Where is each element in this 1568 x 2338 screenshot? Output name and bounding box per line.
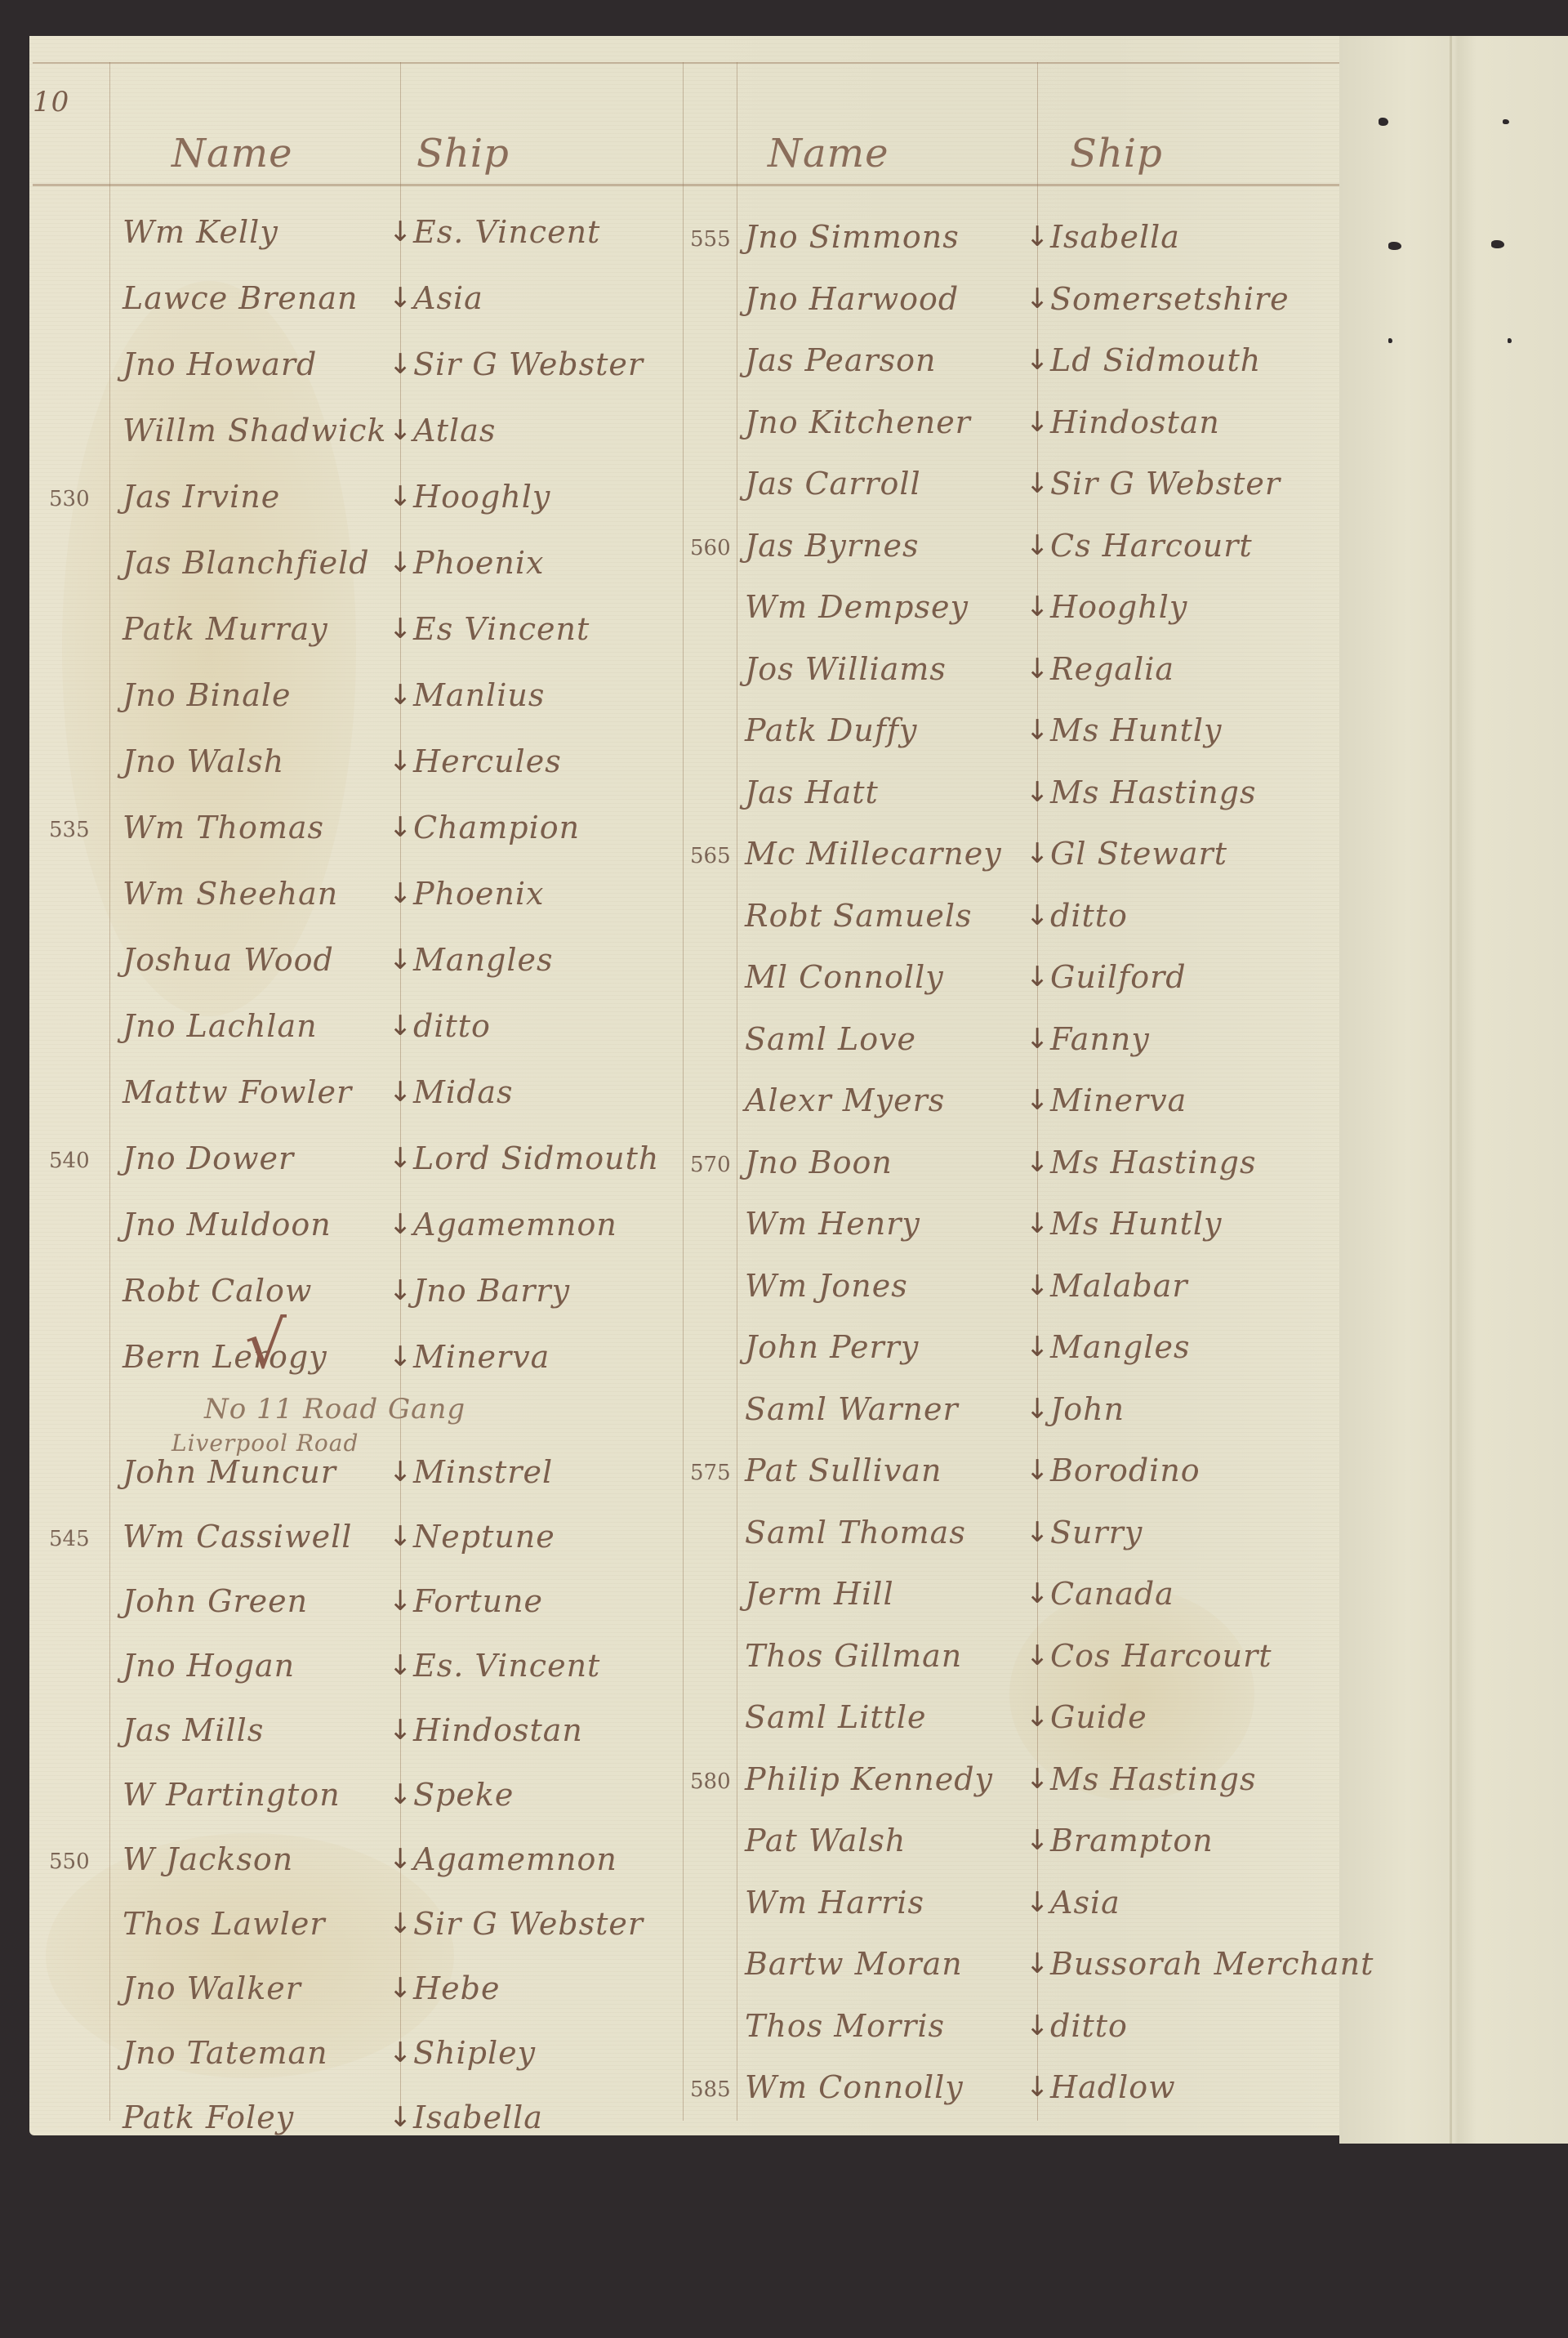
convict-name: Wm Kelly: [122, 214, 278, 250]
tick-mark-icon: ↓: [1026, 406, 1049, 439]
tick-mark-icon: ↓: [389, 2037, 412, 2069]
ship-name: Somersetshire: [1050, 281, 1290, 317]
tick-mark-icon: ↓: [389, 1341, 412, 1373]
binding-hole: [1379, 118, 1388, 126]
tick-mark-icon: ↓: [1026, 467, 1049, 500]
convict-name: Thos Morris: [745, 2008, 945, 2044]
row-number: 540: [49, 1149, 90, 1173]
tick-mark-icon: ↓: [1026, 1269, 1049, 1302]
convict-name: Pat Sullivan: [745, 1452, 942, 1488]
ship-name: Agamemnon: [413, 1841, 617, 1877]
tick-mark-icon: ↓: [1026, 1948, 1049, 1980]
tick-mark-icon: ↓: [1026, 1516, 1049, 1549]
tick-mark-icon: ↓: [1026, 1824, 1049, 1857]
tick-mark-icon: ↓: [389, 1142, 412, 1175]
tick-mark-icon: ↓: [389, 1907, 412, 1940]
header-name-left: Name: [171, 131, 293, 176]
binding-hole: [1491, 240, 1504, 248]
tick-mark-icon: ↓: [1026, 714, 1049, 747]
facing-page-edge: [1339, 36, 1568, 2144]
header-name-right: Name: [768, 131, 889, 176]
header-ship-left: Ship: [416, 131, 510, 176]
convict-name: Wm Cassiwell: [122, 1519, 352, 1555]
tick-mark-icon: ↓: [1026, 1640, 1049, 1672]
ship-name: Hebe: [413, 1970, 500, 2006]
page-number: 10: [33, 86, 69, 118]
convict-name: Saml Warner: [745, 1391, 959, 1427]
tick-mark-icon: ↓: [1026, 591, 1049, 623]
tick-mark-icon: ↓: [1026, 1886, 1049, 1919]
convict-name: Jno Howard: [122, 346, 317, 382]
convict-name: Wm Connolly: [745, 2069, 964, 2105]
tick-mark-icon: ↓: [1026, 1393, 1049, 1426]
tick-mark-icon: ↓: [389, 1778, 412, 1811]
tick-mark-icon: ↓: [389, 811, 412, 844]
row-number: 555: [690, 227, 731, 252]
row-number: 580: [690, 1769, 731, 1794]
ship-name: Ld Sidmouth: [1050, 342, 1261, 378]
ship-name: Asia: [413, 280, 483, 316]
tick-mark-icon: ↓: [389, 1585, 412, 1617]
ship-name: Ms Huntly: [1050, 712, 1222, 748]
convict-name: Jno Boon: [745, 1144, 893, 1180]
ship-name: Asia: [1050, 1885, 1120, 1921]
ship-name: Sir G Webster: [1050, 466, 1281, 502]
tick-mark-icon: ↓: [389, 414, 412, 447]
ship-name: Agamemnon: [413, 1207, 617, 1243]
convict-name: Patk Duffy: [745, 712, 917, 748]
ship-name: Midas: [413, 1074, 514, 1110]
ship-name: Fortune: [413, 1583, 543, 1619]
tick-mark-icon: ↓: [389, 2101, 412, 2134]
convict-name: Jas Carroll: [745, 466, 921, 502]
tick-mark-icon: ↓: [1026, 1577, 1049, 1610]
ship-name: Minerva: [413, 1339, 550, 1375]
tick-mark-icon: ↓: [389, 282, 412, 315]
tick-mark-icon: ↓: [389, 1843, 412, 1876]
tick-mark-icon: ↓: [1026, 653, 1049, 685]
convict-name: John Perry: [745, 1329, 919, 1365]
ship-name: Guilford: [1050, 959, 1187, 995]
ship-name: Phoenix: [413, 545, 544, 581]
convict-name: Willm Shadwick: [122, 413, 386, 448]
tick-mark-icon: ↓: [1026, 283, 1049, 315]
convict-name: Wm Sheehan: [122, 876, 338, 912]
tick-mark-icon: ↓: [1026, 1331, 1049, 1363]
tick-mark-icon: ↓: [1026, 1763, 1049, 1796]
tick-mark-icon: ↓: [389, 1714, 412, 1747]
tick-mark-icon: ↓: [389, 745, 412, 778]
ship-name: Jno Barry: [413, 1273, 570, 1309]
row-number: 570: [690, 1153, 731, 1177]
convict-name: Jno Simmons: [745, 219, 960, 255]
convict-name: Jno Tateman: [122, 2035, 328, 2071]
convict-name: Wm Jones: [745, 1268, 908, 1304]
convict-name: Jno Harwood: [745, 281, 959, 317]
row-number: 575: [690, 1461, 731, 1485]
convict-name: Bartw Moran: [745, 1946, 963, 1982]
center-divider: [683, 62, 684, 2121]
row-number: 585: [690, 2077, 731, 2102]
tick-mark-icon: ↓: [1026, 1023, 1049, 1055]
binding-hole: [1508, 338, 1512, 343]
tick-mark-icon: ↓: [389, 877, 412, 910]
tick-mark-icon: ↓: [1026, 961, 1049, 993]
tick-mark-icon: ↓: [1026, 837, 1049, 870]
left-margin-rule: [109, 62, 110, 2121]
ship-name: Ms Huntly: [1050, 1206, 1222, 1242]
tick-mark-icon: ↓: [389, 1520, 412, 1553]
tick-mark-icon: ↓: [389, 1972, 412, 2005]
row-number: 560: [690, 536, 731, 560]
convict-name: Jos Williams: [745, 651, 947, 687]
convict-name: Wm Dempsey: [745, 589, 969, 625]
tick-mark-icon: ↓: [389, 1010, 412, 1042]
tick-mark-icon: ↓: [389, 679, 412, 712]
tick-mark-icon: ↓: [389, 1456, 412, 1488]
binding-hole: [1388, 338, 1392, 343]
check-mark: √: [245, 1307, 287, 1383]
ship-name: Hooghly: [1050, 589, 1187, 625]
ship-name: Minerva: [1050, 1082, 1187, 1118]
ship-name: Canada: [1050, 1576, 1174, 1612]
ship-name: Lord Sidmouth: [413, 1140, 659, 1176]
convict-name: Wm Henry: [745, 1206, 920, 1242]
tick-mark-icon: ↓: [1026, 2010, 1049, 2042]
tick-mark-icon: ↓: [389, 613, 412, 645]
section-note-line1: No 11 Road Gang: [204, 1393, 465, 1426]
convict-name: Jno Lachlan: [122, 1008, 318, 1044]
convict-name: Philip Kennedy: [745, 1761, 993, 1797]
tick-mark-icon: ↓: [389, 1208, 412, 1241]
page-fold: [1450, 36, 1452, 2144]
tick-mark-icon: ↓: [1026, 1146, 1049, 1179]
convict-name: Jas Hatt: [745, 774, 879, 810]
convict-name: W Partington: [122, 1777, 341, 1813]
top-rule: [33, 62, 1339, 64]
ship-name: Speke: [413, 1777, 514, 1813]
row-number: 545: [49, 1527, 90, 1551]
row-number: 565: [690, 844, 731, 868]
ship-name: ditto: [413, 1008, 491, 1044]
convict-name: Thos Lawler: [122, 1906, 326, 1942]
ship-name: Hindostan: [413, 1712, 583, 1748]
tick-mark-icon: ↓: [1026, 899, 1049, 932]
header-rule: [33, 184, 1339, 186]
convict-name: Thos Gillman: [745, 1638, 962, 1674]
header-ship-right: Ship: [1070, 131, 1163, 176]
convict-name: Mc Millecarney: [745, 836, 1002, 872]
ship-name: Shipley: [413, 2035, 536, 2071]
tick-mark-icon: ↓: [389, 216, 412, 248]
ship-name: Guide: [1050, 1699, 1147, 1735]
ship-name: Sir G Webster: [413, 1906, 644, 1942]
convict-name: Jno Walsh: [122, 743, 284, 779]
convict-name: Jno Hogan: [122, 1648, 295, 1684]
right-margin-rule: [737, 62, 737, 2121]
ship-name: Surry: [1050, 1515, 1143, 1550]
ship-name: Hindostan: [1050, 404, 1220, 440]
tick-mark-icon: ↓: [389, 1649, 412, 1682]
convict-name: Jas Blanchfield: [122, 545, 370, 581]
row-number: 550: [49, 1849, 90, 1874]
convict-name: Jas Mills: [122, 1712, 264, 1748]
tick-mark-icon: ↓: [1026, 1084, 1049, 1117]
convict-name: Jas Irvine: [122, 479, 280, 515]
ship-name: Sir G Webster: [413, 346, 644, 382]
tick-mark-icon: ↓: [389, 1274, 412, 1307]
convict-name: Wm Harris: [745, 1885, 924, 1921]
convict-name: Jno Walker: [122, 1970, 301, 2006]
convict-name: Saml Love: [745, 1021, 916, 1057]
ship-name: Neptune: [413, 1519, 555, 1555]
ship-name: Ms Hastings: [1050, 1144, 1257, 1180]
convict-name: Saml Little: [745, 1699, 927, 1735]
convict-name: John Green: [122, 1583, 308, 1619]
tick-mark-icon: ↓: [1026, 776, 1049, 809]
binding-hole: [1503, 119, 1509, 124]
tick-mark-icon: ↓: [1026, 1454, 1049, 1487]
ship-name: Ms Hastings: [1050, 774, 1257, 810]
tick-mark-icon: ↓: [1026, 221, 1049, 253]
convict-name: W Jackson: [122, 1841, 293, 1877]
ship-name: Minstrel: [413, 1454, 553, 1490]
tick-mark-icon: ↓: [1026, 1207, 1049, 1240]
convict-name: Jno Binale: [122, 677, 292, 713]
convict-name: John Muncur: [122, 1454, 336, 1490]
ship-name: Mangles: [413, 942, 554, 978]
convict-name: Bern Lerogy: [122, 1339, 327, 1375]
ship-name: Atlas: [413, 413, 496, 448]
ship-name: Bussorah Merchant: [1050, 1946, 1374, 1982]
tick-mark-icon: ↓: [1026, 2071, 1049, 2104]
ship-name: Champion: [413, 810, 580, 846]
convict-name: Lawce Brenan: [122, 280, 358, 316]
convict-name: Wm Thomas: [122, 810, 324, 846]
convict-name: Jno Kitchener: [745, 404, 971, 440]
ship-name: Borodino: [1050, 1452, 1200, 1488]
tick-mark-icon: ↓: [389, 348, 412, 381]
convict-name: Pat Walsh: [745, 1823, 906, 1858]
ship-name: ditto: [1050, 2008, 1128, 2044]
convict-name: Jno Muldoon: [122, 1207, 332, 1243]
tick-mark-icon: ↓: [389, 547, 412, 579]
ship-name: Isabella: [1050, 219, 1180, 255]
convict-name: Jno Dower: [122, 1140, 294, 1176]
ship-name: Regalia: [1050, 651, 1174, 687]
ship-name: Cs Harcourt: [1050, 528, 1253, 564]
convict-name: Joshua Wood: [122, 942, 334, 978]
ship-name: Ms Hastings: [1050, 1761, 1257, 1797]
ship-name: Es. Vincent: [413, 1648, 600, 1684]
ship-name: Es Vincent: [413, 611, 590, 647]
ship-name: Brampton: [1050, 1823, 1214, 1858]
row-number: 535: [49, 818, 90, 842]
ship-name: Isabella: [413, 2099, 543, 2135]
convict-name: Jas Pearson: [745, 342, 937, 378]
ship-name: Cos Harcourt: [1050, 1638, 1272, 1674]
convict-name: Jas Byrnes: [745, 528, 920, 564]
convict-name: Mattw Fowler: [122, 1074, 352, 1110]
tick-mark-icon: ↓: [1026, 1701, 1049, 1733]
tick-mark-icon: ↓: [389, 1076, 412, 1109]
ship-name: Phoenix: [413, 876, 544, 912]
row-number: 530: [49, 487, 90, 511]
binding-hole: [1388, 242, 1401, 250]
convict-name: Patk Foley: [122, 2099, 294, 2135]
section-note-line2: Liverpool Road: [171, 1430, 359, 1457]
ship-name: Mangles: [1050, 1329, 1191, 1365]
tick-mark-icon: ↓: [1026, 529, 1049, 562]
ship-name: ditto: [1050, 898, 1128, 934]
tick-mark-icon: ↓: [389, 480, 412, 513]
convict-name: Saml Thomas: [745, 1515, 966, 1550]
convict-name: Robt Samuels: [745, 898, 973, 934]
tick-mark-icon: ↓: [1026, 344, 1049, 377]
ship-name: Manlius: [413, 677, 545, 713]
convict-name: Jerm Hill: [745, 1576, 894, 1612]
ship-name: Hooghly: [413, 479, 550, 515]
tick-mark-icon: ↓: [389, 944, 412, 976]
ship-name: Es. Vincent: [413, 214, 600, 250]
convict-name: Robt Calow: [122, 1273, 312, 1309]
ship-name: Gl Stewart: [1050, 836, 1227, 872]
ship-name: Malabar: [1050, 1268, 1188, 1304]
convict-name: Alexr Myers: [745, 1082, 945, 1118]
convict-name: Patk Murray: [122, 611, 328, 647]
convict-name: Ml Connolly: [745, 959, 944, 995]
ship-name: Fanny: [1050, 1021, 1150, 1057]
ship-name: John: [1050, 1391, 1125, 1427]
ship-name: Hadlow: [1050, 2069, 1176, 2105]
ship-name: Hercules: [413, 743, 562, 779]
